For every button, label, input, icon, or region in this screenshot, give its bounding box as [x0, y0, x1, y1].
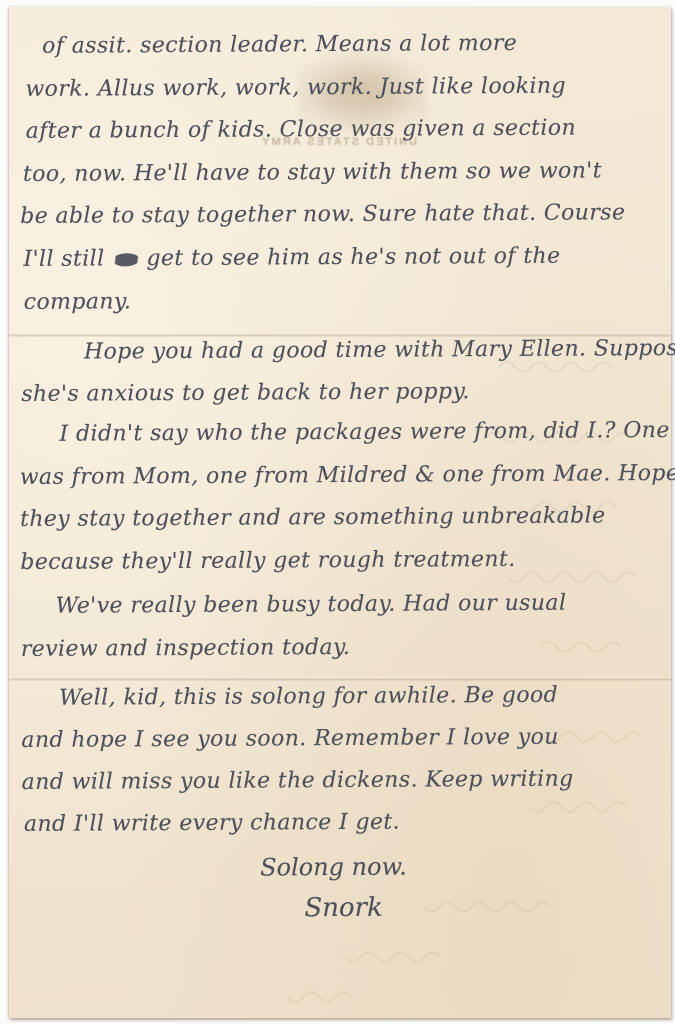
letter-line: review and inspection today.: [21, 635, 351, 662]
letter-line: Hope you had a good time with Mary Ellen…: [84, 336, 675, 365]
letter-body: of assit. section leader. Means a lot mo…: [6, 5, 674, 1020]
letter-signature: Snork: [304, 893, 383, 923]
letter-line-text: get to see him as he's not out of the: [146, 244, 560, 272]
letter-line: We've really been busy today. Had our us…: [55, 591, 566, 619]
letter-line: too, now. He'll have to stay with them s…: [23, 158, 602, 187]
letter-page: UNITED STATES ARMY of assit. section lea…: [9, 7, 671, 1018]
letter-line: I didn't say who the packages were from,…: [59, 418, 669, 447]
letter-line: and will miss you like the dickens. Keep…: [22, 767, 574, 795]
scribbled-out-word: [113, 252, 140, 267]
letter-line: I'll stillget to see him as he's not out…: [23, 244, 560, 272]
letter-line: was from Mom, one from Mildred & one fro…: [20, 461, 675, 490]
letter-line: and I'll write every chance I get.: [24, 810, 400, 837]
letter-line: after a bunch of kids. Close was given a…: [26, 116, 577, 144]
letter-line: and hope I see you soon. Remember I love…: [21, 725, 559, 753]
letter-line-text: I'll still: [23, 246, 104, 271]
letter-closing: Solong now.: [260, 853, 407, 882]
letter-line: they stay together and are something unb…: [20, 503, 606, 532]
letter-line: work. Allus work, work, work. Just like …: [25, 74, 566, 102]
letter-line: she's anxious to get back to her poppy.: [21, 379, 470, 407]
letter-line: company.: [24, 289, 132, 315]
letter-line: be able to stay together now. Sure hate …: [20, 200, 625, 229]
letter-line: Well, kid, this is solong for awhile. Be…: [59, 683, 558, 711]
letter-line: because they'll really get rough treatme…: [20, 547, 515, 575]
letter-line: of assit. section leader. Means a lot mo…: [42, 31, 517, 59]
